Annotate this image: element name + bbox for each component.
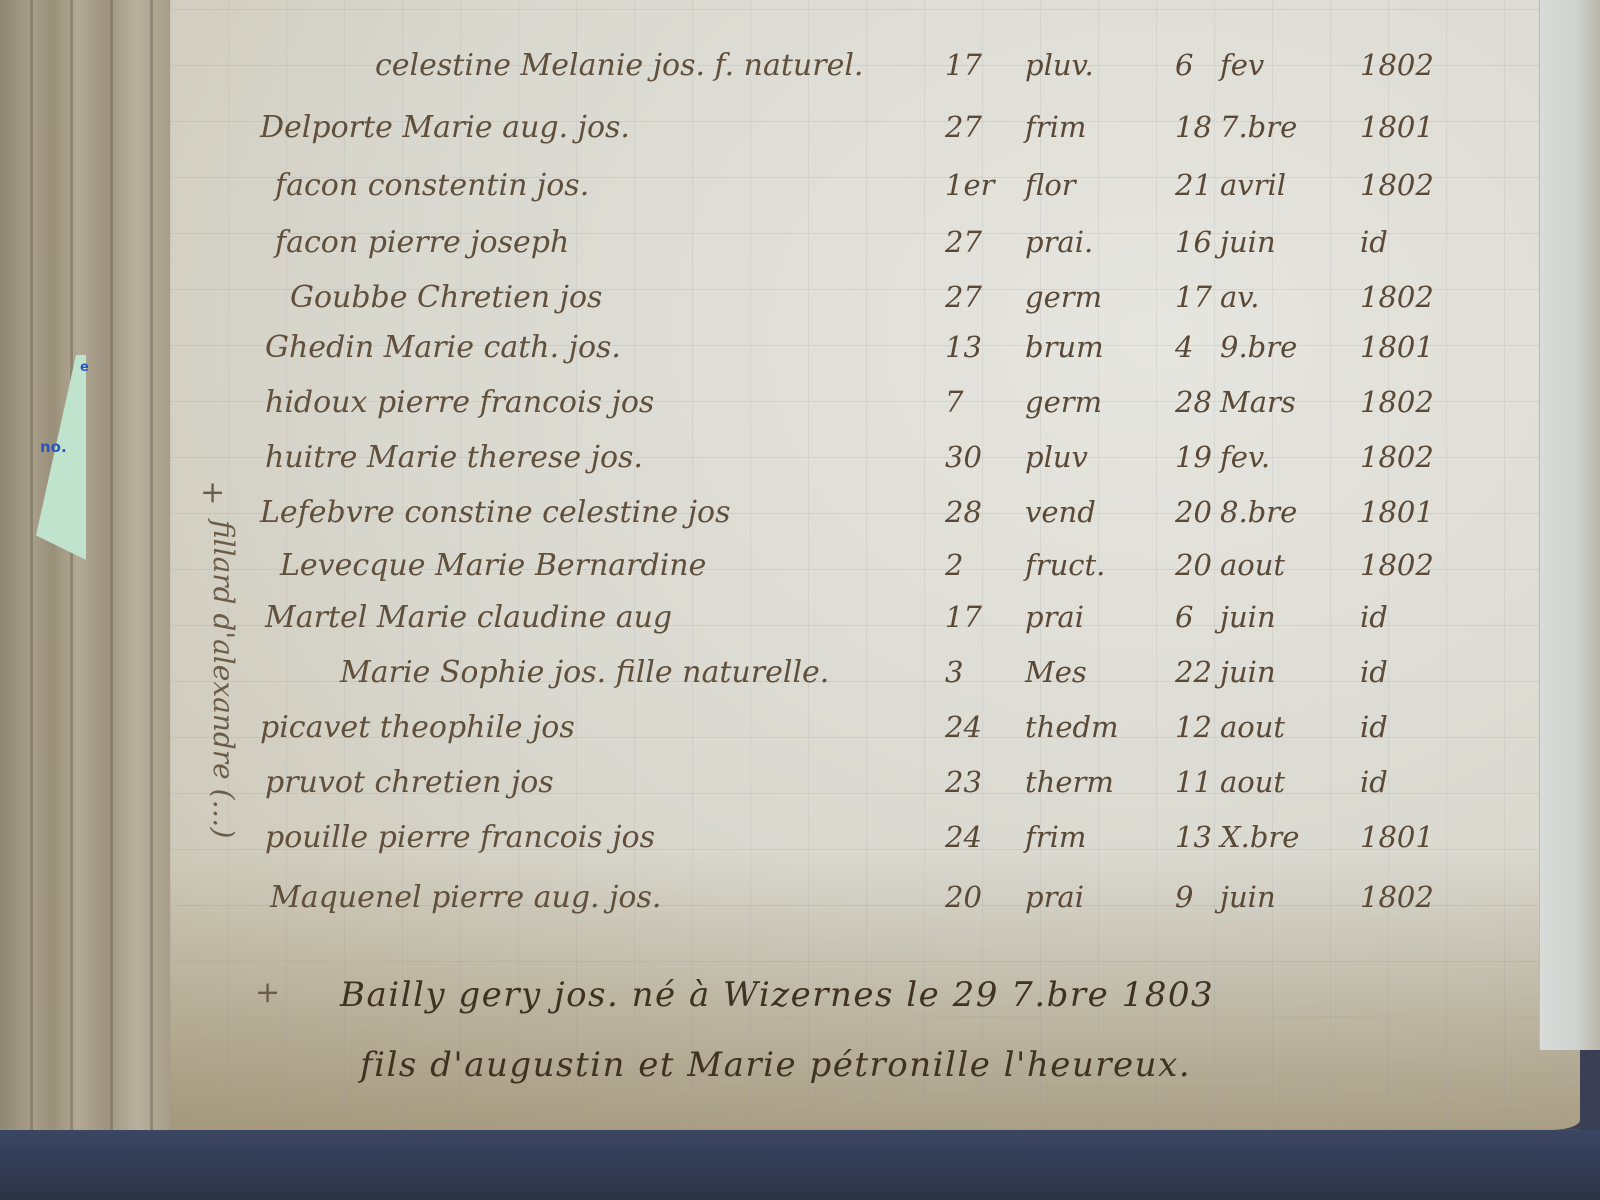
gregorian-month: av. xyxy=(1220,280,1259,314)
republican-day: 24 xyxy=(945,710,982,744)
republican-day: 3 xyxy=(945,655,963,689)
republican-month: germ xyxy=(1025,280,1102,314)
register-entry: celestine Melanie jos. f. naturel.17pluv… xyxy=(170,48,1580,104)
entry-name: Lefebvre constine celestine jos xyxy=(260,495,730,530)
year: id xyxy=(1360,655,1388,689)
gregorian-month: juin xyxy=(1220,600,1276,634)
republican-month: vend xyxy=(1025,495,1096,529)
gregorian-day: 20 xyxy=(1175,548,1212,582)
gregorian-day: 18 xyxy=(1175,110,1212,144)
register-entry: facon pierre joseph27prai.16juinid xyxy=(170,225,1580,281)
register-entry: Ghedin Marie cath. jos.13brum49.bre1801 xyxy=(170,330,1580,386)
gregorian-day: 17 xyxy=(1175,280,1212,314)
republican-month: therm xyxy=(1025,765,1114,799)
entry-name: Marie Sophie jos. fille naturelle. xyxy=(340,655,829,690)
entry-name: Delporte Marie aug. jos. xyxy=(260,110,630,145)
gregorian-month: juin xyxy=(1220,225,1276,259)
gregorian-month: aout xyxy=(1220,710,1285,744)
binding-ridge xyxy=(30,0,33,1140)
register-entry: Delporte Marie aug. jos.27frim187.bre180… xyxy=(170,110,1580,166)
entry-name: picavet theophile jos xyxy=(260,710,575,745)
gregorian-day: 28 xyxy=(1175,385,1212,419)
republican-month: prai xyxy=(1025,600,1084,634)
register-entry: Martel Marie claudine aug17prai6juinid xyxy=(170,600,1580,656)
year: 1802 xyxy=(1360,440,1434,474)
footer-cross: + xyxy=(255,975,280,1010)
republican-day: 1er xyxy=(945,168,994,202)
republican-day: 27 xyxy=(945,280,982,314)
entry-name: pouille pierre francois jos xyxy=(265,820,655,855)
register-entry: Lefebvre constine celestine jos28vend208… xyxy=(170,495,1580,551)
gregorian-day: 6 xyxy=(1175,600,1193,634)
register-entry: huitre Marie therese jos.30pluv19fev.180… xyxy=(170,440,1580,496)
year: 1802 xyxy=(1360,168,1434,202)
republican-month: fruct. xyxy=(1025,548,1105,582)
year: 1802 xyxy=(1360,880,1434,914)
register-entry: picavet theophile jos24thedm12aoutid xyxy=(170,710,1580,766)
year: id xyxy=(1360,710,1388,744)
register-entry: pruvot chretien jos23therm11aoutid xyxy=(170,765,1580,821)
entry-name: facon constentin jos. xyxy=(275,168,589,203)
gregorian-month: X.bre xyxy=(1220,820,1299,854)
gregorian-day: 13 xyxy=(1175,820,1212,854)
republican-month: prai. xyxy=(1025,225,1093,259)
year: 1801 xyxy=(1360,330,1434,364)
republican-month: frim xyxy=(1025,820,1086,854)
register-page: + fillard d'alexandre (…) celestine Mela… xyxy=(170,0,1580,1130)
year: id xyxy=(1360,600,1388,634)
register-entry: hidoux pierre francois jos7germ28Mars180… xyxy=(170,385,1580,441)
republican-month: prai xyxy=(1025,880,1084,914)
republican-day: 27 xyxy=(945,225,982,259)
entry-name: huitre Marie therese jos. xyxy=(265,440,643,475)
republican-day: 2 xyxy=(945,548,963,582)
republican-day: 30 xyxy=(945,440,982,474)
republican-month: thedm xyxy=(1025,710,1119,744)
republican-month: frim xyxy=(1025,110,1086,144)
republican-day: 28 xyxy=(945,495,982,529)
republican-day: 20 xyxy=(945,880,982,914)
republican-day: 24 xyxy=(945,820,982,854)
republican-day: 23 xyxy=(945,765,982,799)
gregorian-month: 7.bre xyxy=(1220,110,1297,144)
republican-month: pluv xyxy=(1025,440,1088,474)
register-entry: Levecque Marie Bernardine2fruct.20aout18… xyxy=(170,548,1580,604)
footer-line-2: fils d'augustin et Marie pétronille l'he… xyxy=(360,1045,1191,1085)
gregorian-day: 12 xyxy=(1175,710,1212,744)
entry-name: hidoux pierre francois jos xyxy=(265,385,654,420)
republican-month: brum xyxy=(1025,330,1104,364)
republican-day: 13 xyxy=(945,330,982,364)
gregorian-day: 6 xyxy=(1175,48,1193,82)
year: 1802 xyxy=(1360,548,1434,582)
year: id xyxy=(1360,225,1388,259)
entry-name: Maquenel pierre aug. jos. xyxy=(270,880,661,915)
year: 1801 xyxy=(1360,495,1434,529)
gregorian-month: fev xyxy=(1220,48,1264,82)
register-entry: Maquenel pierre aug. jos.20prai9juin1802 xyxy=(170,880,1580,936)
gregorian-month: avril xyxy=(1220,168,1286,202)
republican-day: 17 xyxy=(945,600,982,634)
entry-name: celestine Melanie jos. f. naturel. xyxy=(375,48,863,83)
republican-month: Mes xyxy=(1025,655,1087,689)
binding-ridge xyxy=(70,0,73,1140)
year: 1802 xyxy=(1360,48,1434,82)
gregorian-month: juin xyxy=(1220,655,1276,689)
register-entry: Goubbe Chretien jos27germ17av.1802 xyxy=(170,280,1580,336)
republican-day: 27 xyxy=(945,110,982,144)
year: id xyxy=(1360,765,1388,799)
gregorian-month: fev. xyxy=(1220,440,1270,474)
gregorian-day: 4 xyxy=(1175,330,1193,364)
gregorian-day: 21 xyxy=(1175,168,1212,202)
gregorian-month: aout xyxy=(1220,765,1285,799)
desk-surface xyxy=(0,1130,1600,1200)
index-tab-text-top: e xyxy=(80,360,89,375)
gregorian-day: 11 xyxy=(1175,765,1212,799)
register-entry: pouille pierre francois jos24frim13X.bre… xyxy=(170,820,1580,876)
gregorian-day: 16 xyxy=(1175,225,1212,259)
binding-ridge xyxy=(150,0,153,1140)
entry-name: pruvot chretien jos xyxy=(265,765,554,800)
republican-month: flor xyxy=(1025,168,1076,202)
year: 1802 xyxy=(1360,280,1434,314)
book-binding xyxy=(0,0,177,1140)
year: 1801 xyxy=(1360,820,1434,854)
republican-month: pluv. xyxy=(1025,48,1094,82)
republican-month: germ xyxy=(1025,385,1102,419)
entry-name: Goubbe Chretien jos xyxy=(290,280,602,315)
gregorian-day: 22 xyxy=(1175,655,1212,689)
register-entry: Marie Sophie jos. fille naturelle.3Mes22… xyxy=(170,655,1580,711)
republican-day: 7 xyxy=(945,385,963,419)
gregorian-day: 19 xyxy=(1175,440,1212,474)
entry-name: Ghedin Marie cath. jos. xyxy=(265,330,621,365)
footer-line-1: Bailly gery jos. né à Wizernes le 29 7.b… xyxy=(340,975,1214,1015)
register-entry: facon constentin jos.1erflor21avril1802 xyxy=(170,168,1580,224)
gregorian-month: aout xyxy=(1220,548,1285,582)
year: 1802 xyxy=(1360,385,1434,419)
entry-name: Martel Marie claudine aug xyxy=(265,600,672,635)
gregorian-day: 9 xyxy=(1175,880,1193,914)
entry-name: facon pierre joseph xyxy=(275,225,569,260)
year: 1801 xyxy=(1360,110,1434,144)
gregorian-month: Mars xyxy=(1220,385,1296,419)
gregorian-day: 20 xyxy=(1175,495,1212,529)
gregorian-month: juin xyxy=(1220,880,1276,914)
republican-day: 17 xyxy=(945,48,982,82)
binding-ridge xyxy=(110,0,113,1140)
gregorian-month: 8.bre xyxy=(1220,495,1297,529)
entry-name: Levecque Marie Bernardine xyxy=(280,548,706,583)
gregorian-month: 9.bre xyxy=(1220,330,1297,364)
index-tab-text: no. xyxy=(40,438,67,456)
